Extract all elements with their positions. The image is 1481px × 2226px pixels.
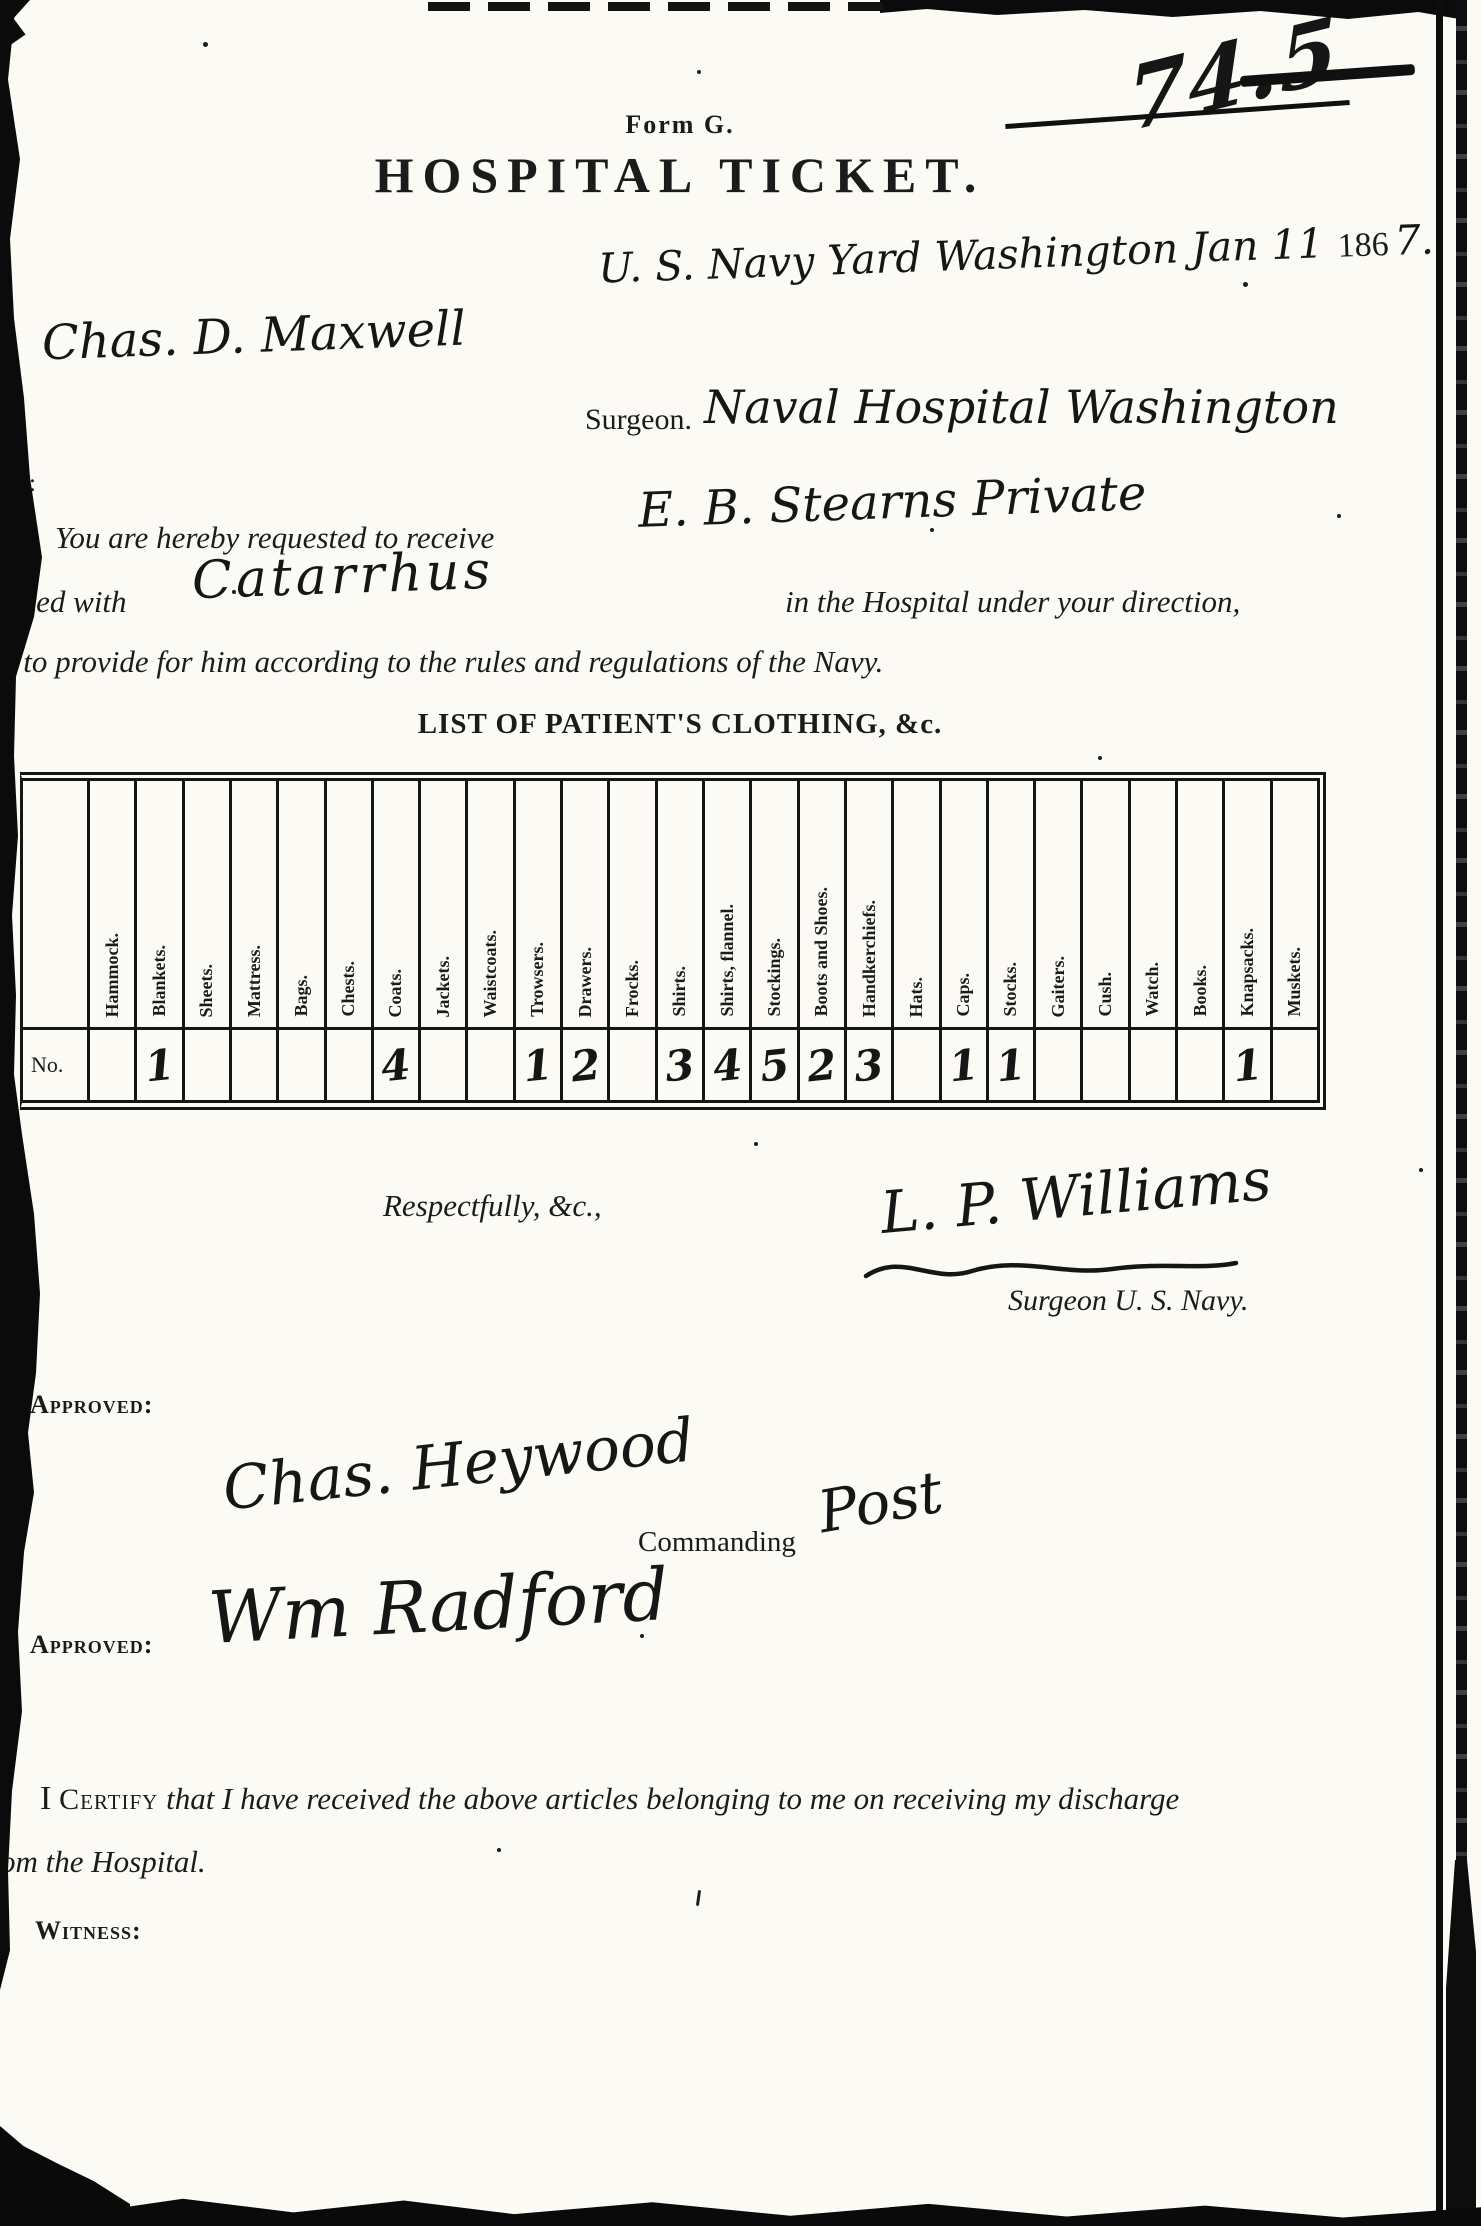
scan-speck — [1337, 514, 1341, 518]
cell-blankets: 1 — [134, 1030, 181, 1100]
certify-prefix: I — [40, 1780, 51, 1817]
cell-watch — [1128, 1030, 1175, 1100]
cell-jackets — [418, 1030, 465, 1100]
cell-gaiters — [1033, 1030, 1080, 1100]
column-header-stockings: Stockings. — [749, 781, 796, 1027]
cell-chests — [324, 1030, 371, 1100]
cell-value: 3 — [852, 1039, 886, 1091]
scan-artifact-top-left-corner — [0, 0, 30, 46]
certify-line-2: om the Hospital. — [0, 1844, 206, 1880]
scan-speck — [1243, 282, 1248, 287]
cell-hammock — [87, 1030, 134, 1100]
approver-signature: Wm Radford — [206, 1552, 670, 1660]
date-printed-year: 186 — [1337, 226, 1389, 265]
cell-value: 1 — [994, 1039, 1028, 1091]
certify-word: Certify — [59, 1783, 158, 1816]
cell-caps: 1 — [939, 1030, 986, 1100]
hospital-ticket-scan: 74.5 Form G. HOSPITAL TICKET. U. S. Navy… — [0, 0, 1481, 2226]
scan-speck — [930, 528, 934, 532]
column-header-drawers: Drawers. — [560, 781, 607, 1027]
scan-speck — [497, 1848, 501, 1852]
column-header-label: Coats. — [385, 969, 406, 1018]
column-header-label: Stocks. — [1000, 962, 1021, 1017]
cell-knapsacks: 1 — [1222, 1030, 1269, 1100]
column-header-hammock: Hammock. — [87, 781, 134, 1027]
column-header-cush: Cush. — [1080, 781, 1127, 1027]
column-header-label: Hammock. — [102, 933, 123, 1018]
cell-value: 1 — [521, 1039, 555, 1091]
column-header-label: Handkerchiefs. — [859, 900, 880, 1017]
column-header-knapsacks: Knapsacks. — [1222, 781, 1269, 1027]
cell-shirts: 3 — [655, 1030, 702, 1100]
column-header-coats: Coats. — [371, 781, 418, 1027]
hospital-clause: in the Hospital under your direction, — [785, 584, 1240, 620]
disease-name: Catarrhus — [191, 541, 495, 612]
cell-handkerchiefs: 3 — [844, 1030, 891, 1100]
column-header-caps: Caps. — [939, 781, 986, 1027]
scan-artifact-top-dashes — [428, 2, 883, 11]
row-label-cell: No. — [23, 1030, 87, 1100]
surgeon-assignment: Naval Hospital Washington — [704, 380, 1339, 434]
column-header-trowsers: Trowsers. — [513, 781, 560, 1027]
column-header-label: Blankets. — [149, 945, 170, 1017]
scan-artifact-right-blob — [1446, 1860, 1476, 2226]
column-header-label: Waistcoats. — [480, 930, 501, 1018]
cell-frocks — [607, 1030, 654, 1100]
addressee-name: Chas. D. Maxwell — [41, 301, 466, 372]
cell-stocks: 1 — [986, 1030, 1033, 1100]
column-header-label: Jackets. — [433, 956, 454, 1018]
scan-speck — [640, 1634, 644, 1638]
commanding-post-handwritten: Post — [813, 1458, 948, 1547]
form-label: Form G. — [0, 110, 1360, 140]
scan-artifact-bottom-band — [100, 2192, 1481, 2226]
column-header-label: Watch. — [1142, 962, 1163, 1017]
cell-mattress — [229, 1030, 276, 1100]
column-header-gaiters: Gaiters. — [1033, 781, 1080, 1027]
column-header-watch: Watch. — [1128, 781, 1175, 1027]
column-header-boots-and-shoes: Boots and Shoes. — [797, 781, 844, 1027]
cell-bags — [276, 1030, 323, 1100]
column-header-shirts: Shirts. — [655, 781, 702, 1027]
column-header-label: Frocks. — [622, 960, 643, 1017]
column-header-label: Sheets. — [196, 964, 217, 1018]
respectfully-line: Respectfully, &c., — [383, 1188, 602, 1224]
header-corner-cell — [23, 781, 87, 1027]
column-header-label: Drawers. — [575, 947, 596, 1017]
cell-value: 1 — [142, 1039, 176, 1091]
witness-label: Witness: — [35, 1916, 142, 1946]
column-header-label: Shirts. — [669, 966, 690, 1017]
cell-waistcoats — [465, 1030, 512, 1100]
column-header-label: Hats. — [906, 977, 927, 1018]
cell-trowsers: 1 — [513, 1030, 560, 1100]
column-header-label: Trowsers. — [527, 942, 548, 1017]
column-header-sheets: Sheets. — [182, 781, 229, 1027]
cell-stockings: 5 — [749, 1030, 796, 1100]
cell-cush — [1080, 1030, 1127, 1100]
certify-text: that I have received the above articles … — [158, 1781, 1179, 1816]
column-header-muskets: Muskets. — [1270, 781, 1317, 1027]
cell-sheets — [182, 1030, 229, 1100]
page-title: HOSPITAL TICKET. — [0, 146, 1360, 204]
cell-value: 2 — [568, 1039, 602, 1091]
column-header-handkerchiefs: Handkerchiefs. — [844, 781, 891, 1027]
commander-signature: Chas. Heywood — [220, 1405, 698, 1524]
date-year-suffix: 7. — [1394, 215, 1435, 264]
column-header-label: Knapsacks. — [1237, 928, 1258, 1017]
column-header-hats: Hats. — [891, 781, 938, 1027]
cell-value: 4 — [710, 1039, 744, 1091]
approved-label-2: Approved: — [30, 1630, 153, 1660]
column-header-label: Gaiters. — [1048, 956, 1069, 1017]
column-header-label: Shirts, flannel. — [717, 904, 738, 1017]
cell-muskets — [1270, 1030, 1317, 1100]
surgeon-title: Surgeon U. S. Navy. — [1008, 1284, 1249, 1318]
cell-hats — [891, 1030, 938, 1100]
surgeon-signature: L. P. Williams — [878, 1145, 1274, 1247]
column-header-label: Bags. — [291, 975, 312, 1017]
table-header-row: Hammock. Blankets. Sheets. Mattress. Bag… — [23, 781, 1317, 1027]
clothing-table: Hammock. Blankets. Sheets. Mattress. Bag… — [20, 772, 1326, 1110]
scan-speck — [754, 1142, 758, 1146]
column-header-frocks: Frocks. — [607, 781, 654, 1027]
column-header-stocks: Stocks. — [986, 781, 1033, 1027]
patient-name: E. B. Stearns Private — [637, 465, 1147, 539]
cell-books — [1175, 1030, 1222, 1100]
scan-speck — [1098, 756, 1102, 760]
column-header-books: Books. — [1175, 781, 1222, 1027]
column-header-chests: Chests. — [324, 781, 371, 1027]
column-header-label: Books. — [1190, 965, 1211, 1017]
cell-value: 4 — [379, 1039, 413, 1091]
column-header-label: Muskets. — [1284, 947, 1305, 1017]
cell-value: 2 — [805, 1039, 839, 1091]
scan-artifact-bottom-left-blob — [0, 2126, 130, 2226]
clothing-list-title: LIST OF PATIENT'S CLOTHING, &c. — [0, 708, 1360, 741]
cell-drawers: 2 — [560, 1030, 607, 1100]
column-header-label: Boots and Shoes. — [811, 887, 832, 1017]
scan-speck — [696, 1890, 701, 1906]
cell-shirts-flannel: 4 — [702, 1030, 749, 1100]
column-header-label: Mattress. — [244, 945, 265, 1017]
column-header-label: Caps. — [953, 973, 974, 1017]
column-header-shirts-flannel: Shirts, flannel. — [702, 781, 749, 1027]
column-header-label: Stockings. — [764, 938, 785, 1017]
cell-value: 5 — [757, 1039, 791, 1091]
approved-label-1: Approved: — [30, 1390, 153, 1420]
scan-artifact-top-bar — [880, 0, 1465, 20]
column-header-jackets: Jackets. — [418, 781, 465, 1027]
scan-artifact-right-line-1 — [1436, 0, 1443, 2226]
column-header-waistcoats: Waistcoats. — [465, 781, 512, 1027]
column-header-bags: Bags. — [276, 781, 323, 1027]
cell-boots-and-shoes: 2 — [797, 1030, 844, 1100]
cell-value: 3 — [663, 1039, 697, 1091]
column-header-label: Cush. — [1095, 972, 1116, 1017]
surgeon-line: Surgeon. Naval Hospital Washington — [585, 386, 1339, 440]
cell-value: 1 — [1230, 1039, 1264, 1091]
surgeon-label: Surgeon. — [585, 403, 692, 436]
column-header-mattress: Mattress. — [229, 781, 276, 1027]
scan-speck — [232, 590, 236, 594]
cell-coats: 4 — [371, 1030, 418, 1100]
table-data-row: No. 1 4 1 2 3 4 5 2 3 1 1 1 — [23, 1027, 1317, 1100]
scan-speck — [203, 42, 208, 47]
scan-speck — [1419, 1168, 1423, 1172]
scan-speck — [697, 70, 701, 74]
column-header-blankets: Blankets. — [134, 781, 181, 1027]
date-line: U. S. Navy Yard Washington Jan 11 186 7. — [597, 215, 1434, 292]
provide-clause: d to provide for him according to the ru… — [0, 644, 883, 680]
cell-value: 1 — [947, 1039, 981, 1091]
certify-line: I Certify that I have received the above… — [40, 1780, 1179, 1818]
date-handwritten: U. S. Navy Yard Washington Jan 11 — [597, 219, 1324, 292]
column-header-label: Chests. — [338, 961, 359, 1017]
